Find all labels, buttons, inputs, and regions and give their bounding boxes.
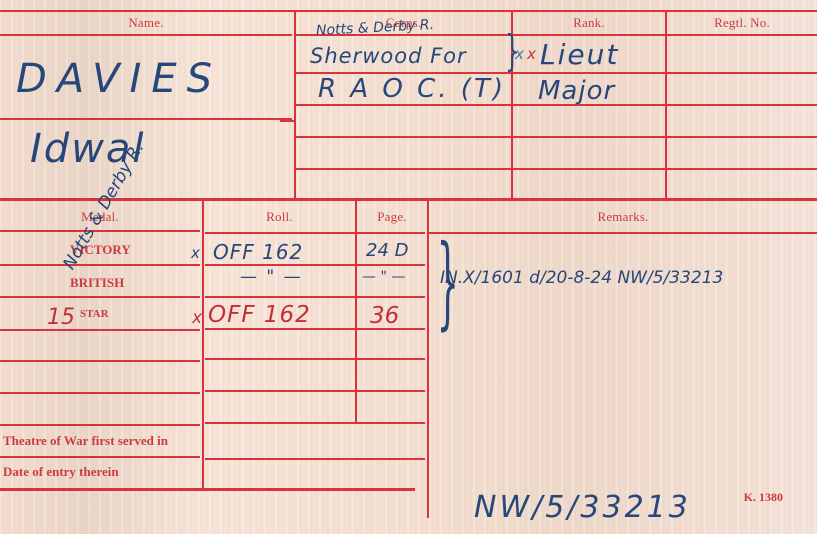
british-page: — " —: [362, 269, 405, 285]
rule: [280, 120, 294, 122]
rule: [427, 198, 429, 518]
corps-line-3: R A O C. (T): [318, 74, 506, 104]
surname: DAVIES: [16, 56, 222, 102]
rank-2: Major: [538, 76, 615, 106]
rule: [296, 168, 817, 170]
rule: [0, 264, 200, 266]
star-prefix: 15: [47, 305, 75, 330]
rule: [205, 296, 425, 298]
victory-mark: x: [191, 244, 200, 262]
footer-reference: NW/5/33213: [474, 490, 691, 525]
medal-star: STAR: [80, 308, 109, 320]
star-roll: OFF 162: [208, 302, 311, 328]
rule: [355, 200, 357, 422]
header-roll: Roll.: [204, 209, 355, 225]
rule: [0, 329, 200, 331]
rule: [0, 198, 817, 201]
victory-page: 24 D: [366, 240, 409, 261]
rule: [294, 10, 296, 198]
medal-british: BRITISH: [70, 275, 124, 291]
header-page: Page.: [357, 209, 427, 225]
rule: [429, 232, 817, 234]
rule: [665, 10, 667, 198]
date-label: Date of entry therein: [3, 464, 119, 480]
star-mark: x: [192, 308, 202, 328]
theatre-label: Theatre of War first served in: [3, 433, 168, 449]
header-rank: Rank.: [513, 15, 665, 31]
form-number: K. 1380: [744, 490, 783, 505]
victory-roll: OFF 162: [213, 240, 303, 264]
rule: [205, 232, 425, 234]
rule: [0, 392, 200, 394]
rule: [0, 424, 200, 426]
rule: [0, 296, 200, 298]
rule: [0, 34, 292, 36]
rule: [205, 422, 425, 424]
medal-index-card: Name. Corps. Rank. Regtl. No. DAVIES Idw…: [0, 0, 817, 534]
star-page: 36: [370, 303, 399, 329]
rule: [205, 358, 425, 360]
rule: [0, 360, 200, 362]
header-name: Name.: [0, 15, 292, 31]
header-remarks: Remarks.: [429, 209, 817, 225]
rule: [0, 118, 292, 120]
british-roll: — " —: [240, 267, 303, 287]
rule: [0, 456, 200, 458]
remarks-text: IN.X/1601 d/20-8-24 NW/5/33213: [440, 268, 723, 288]
rule: [202, 198, 204, 488]
rank-mark-blue: x: [515, 45, 524, 63]
rule: [0, 488, 415, 491]
rule: [296, 136, 817, 138]
header-regtl-no: Regtl. No.: [667, 15, 817, 31]
rule: [205, 458, 425, 460]
rank-1: Lieut: [540, 38, 619, 71]
rule: [205, 390, 425, 392]
rule: [0, 10, 817, 12]
rule: [205, 264, 425, 266]
corps-line-2: Sherwood For: [310, 44, 467, 68]
rank-mark-red: x: [527, 45, 536, 63]
